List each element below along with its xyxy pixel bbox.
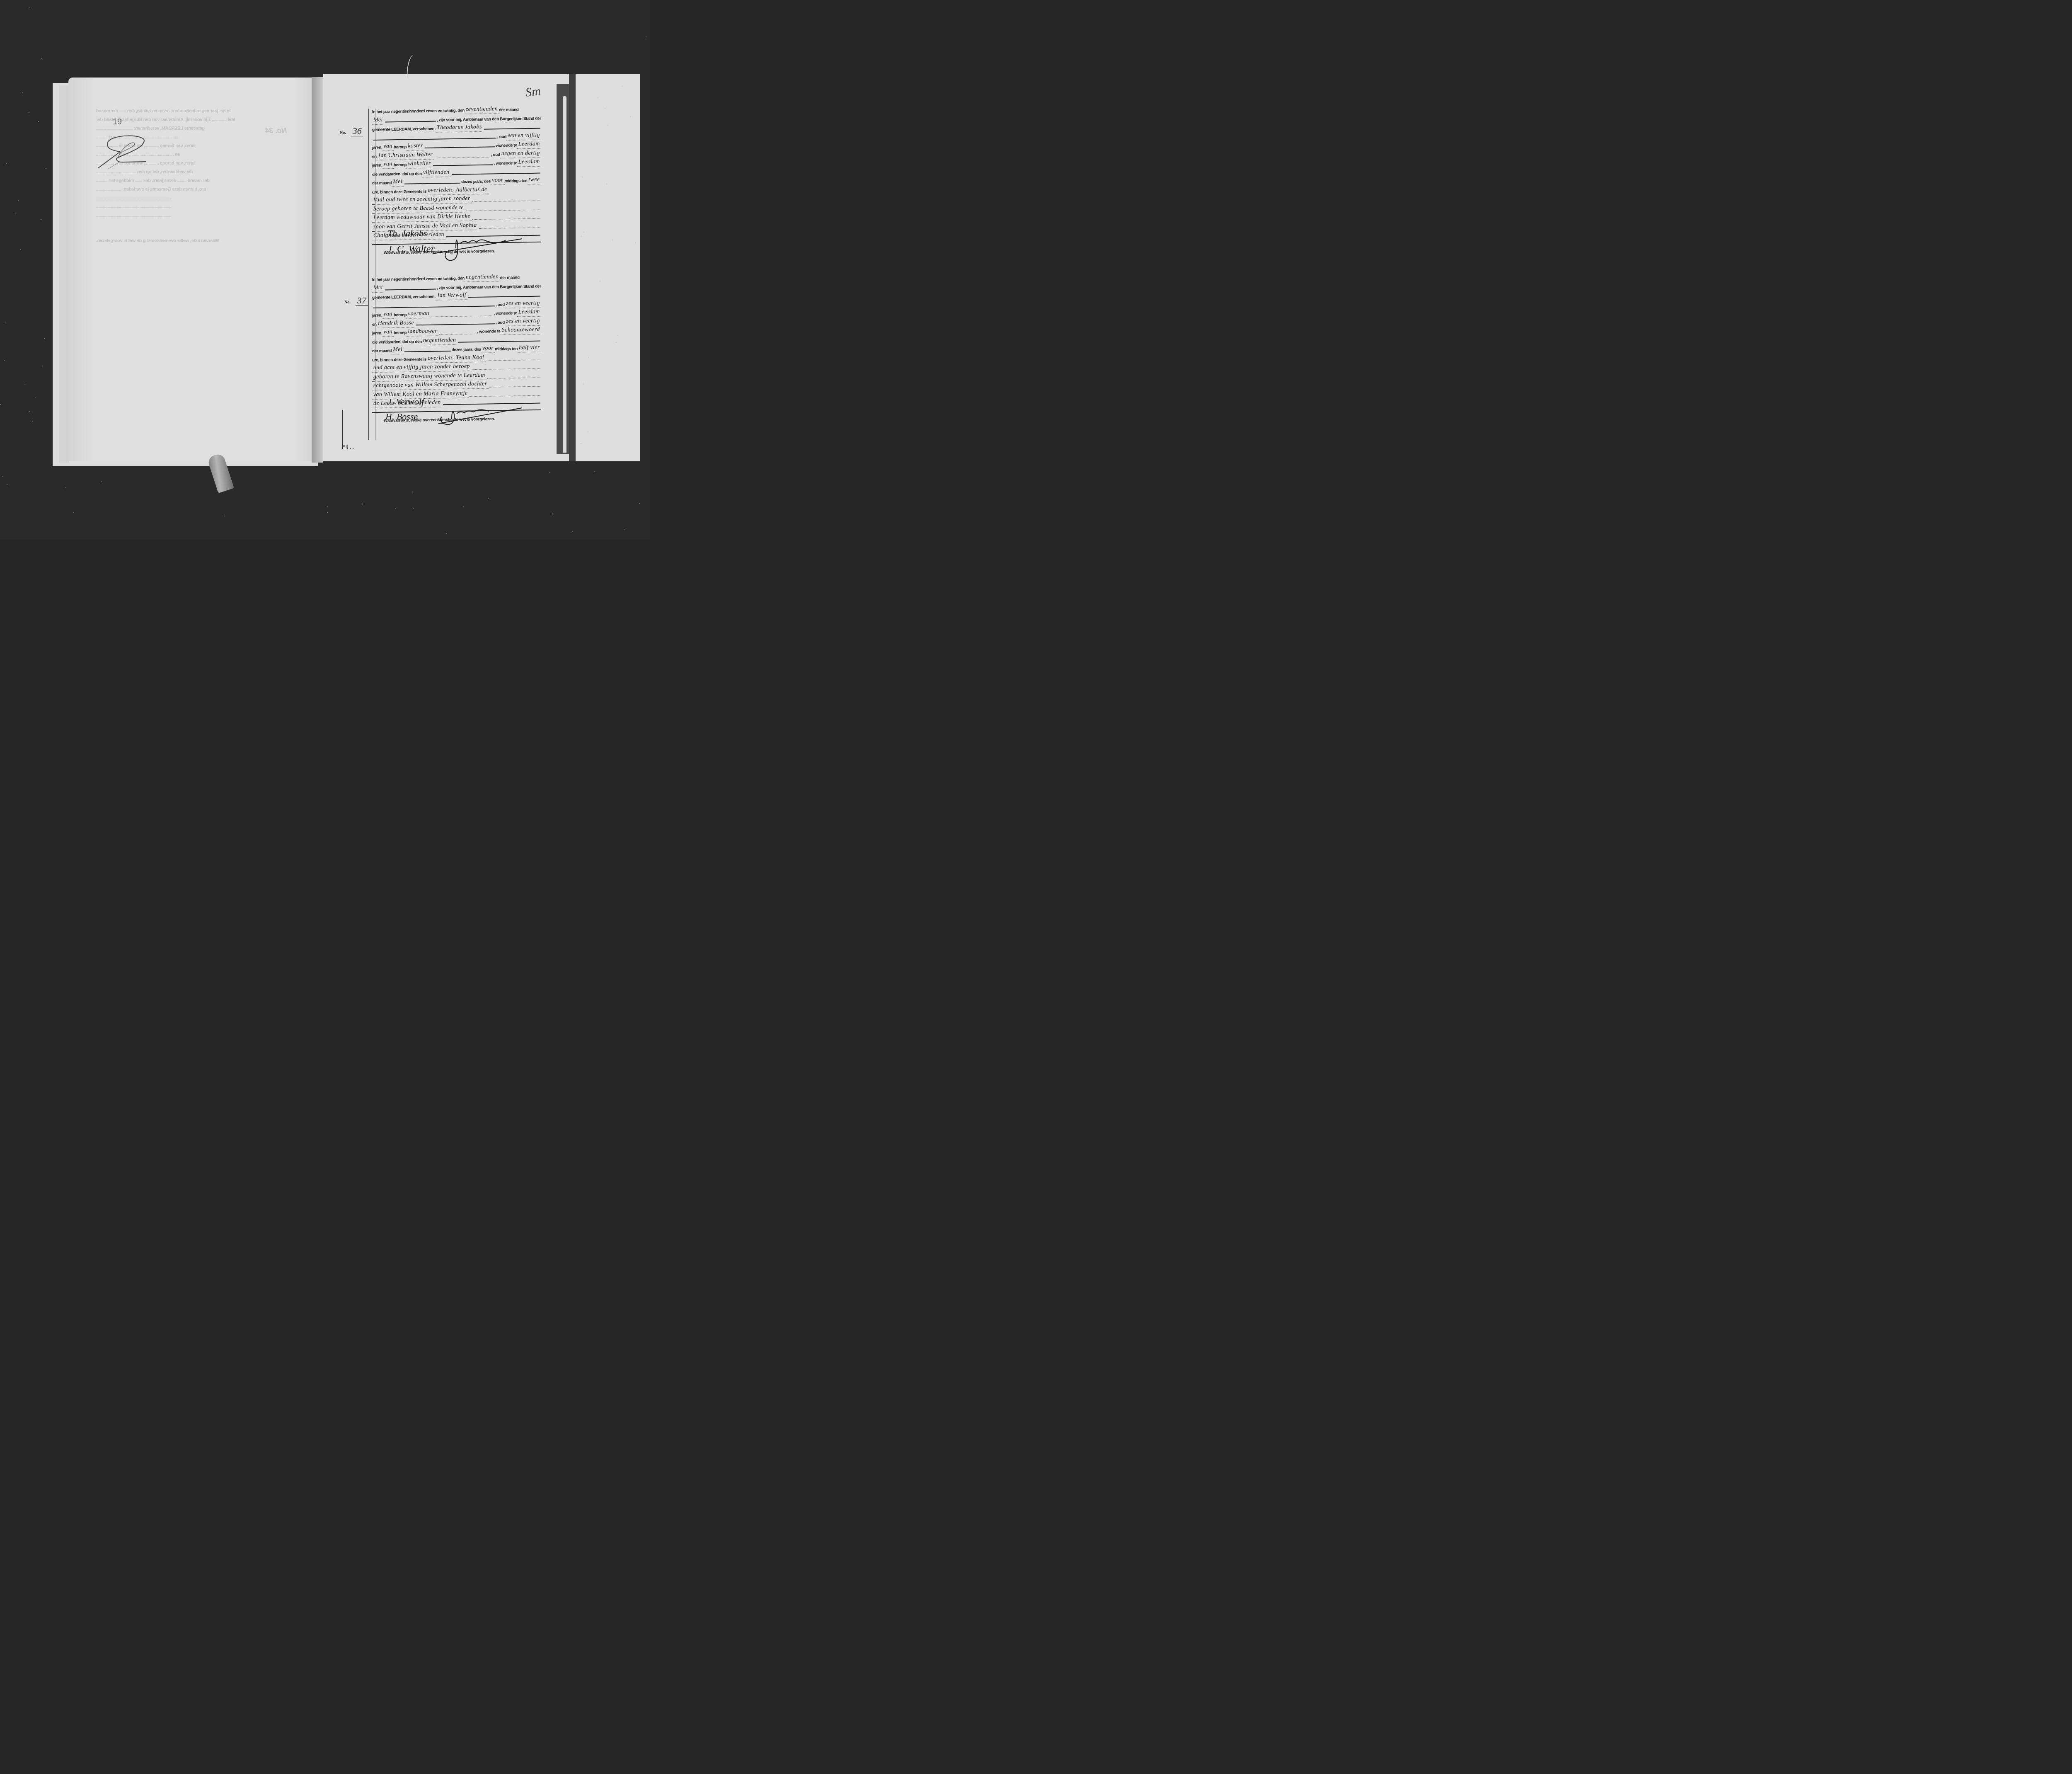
dust-speck xyxy=(65,487,66,488)
printed-text: middags ten xyxy=(495,347,518,353)
handwritten-entry: Leerdam xyxy=(517,141,541,149)
fill-line xyxy=(484,128,540,129)
dust-speck xyxy=(42,366,43,366)
printed-text: , oud xyxy=(496,302,505,308)
dotted-line xyxy=(435,157,490,158)
bleed-through-line: ure, binnen deze Gemeente is overleden: … xyxy=(96,187,206,192)
handwritten-entry: Mei xyxy=(392,178,404,186)
bleed-through-line: der maand ........ dezes jaars, des ....… xyxy=(96,178,210,183)
left-page-shadow xyxy=(68,78,93,461)
printed-text: dezes jaars, des xyxy=(452,347,481,353)
signature-witness-1: J. Verwolf xyxy=(387,396,424,407)
record-number-36: No.36 xyxy=(340,126,363,136)
dust-speck xyxy=(4,360,5,361)
printed-text: jaren, xyxy=(372,163,382,169)
handwritten-entry: Theodorus Jakobs xyxy=(436,124,483,132)
fill-line xyxy=(385,121,436,122)
printed-text: jaren, xyxy=(372,331,382,337)
fill-line xyxy=(443,402,540,405)
right-page-clamp-gap xyxy=(563,96,566,453)
printed-text: wonende te xyxy=(496,143,517,149)
record-number-value: 37 xyxy=(356,295,368,306)
left-page-edge xyxy=(59,85,69,463)
record-number-label: No. xyxy=(340,131,346,135)
fill-line xyxy=(416,323,495,325)
corner-initials: Sm xyxy=(525,84,541,100)
page-number: 19 xyxy=(113,117,122,127)
record-number-value: 36 xyxy=(351,126,363,136)
printed-text: , oud xyxy=(496,320,505,326)
dust-speck xyxy=(412,492,413,492)
handwritten-entry: half vier xyxy=(518,344,541,352)
handwritten-entry: Hendrik Bosse xyxy=(377,319,416,327)
dotted-line xyxy=(472,368,540,370)
handwritten-entry: van xyxy=(382,161,394,169)
signature-witness-1: Th. Jakobs xyxy=(387,228,427,239)
handwritten-entry: Leerdam xyxy=(517,158,541,167)
dust-speck xyxy=(35,397,36,397)
bleed-through-line: ........................................… xyxy=(96,213,172,218)
dust-speck xyxy=(463,507,464,507)
dust-speck xyxy=(29,112,29,113)
margin-rule xyxy=(368,109,369,440)
dust-speck xyxy=(617,335,618,336)
dust-speck xyxy=(635,242,636,243)
printed-text: , wonende te xyxy=(494,161,517,167)
handwritten-entry: vijftienden xyxy=(422,169,451,177)
handwritten-entry: Jan Christiaan Walter xyxy=(377,151,434,160)
handwritten-entry: landbouwer xyxy=(407,328,438,336)
printed-text: der maand xyxy=(372,181,392,187)
handwritten-entry: een en vijftig xyxy=(506,132,541,140)
handwritten-entry: Mei xyxy=(372,116,384,124)
printed-text: dezes jaars, des xyxy=(461,179,491,185)
right-page-film-edge xyxy=(569,74,576,461)
printed-text: beroep xyxy=(394,313,407,318)
dust-speck xyxy=(327,512,328,513)
dust-speck xyxy=(612,240,613,240)
fill-line xyxy=(385,288,436,290)
dust-speck xyxy=(583,232,584,233)
handwritten-entry: twee xyxy=(527,176,541,184)
handwritten-entry: van xyxy=(382,329,394,337)
printed-text: , oud xyxy=(491,152,500,158)
handwritten-entry: Schoonrewoerd xyxy=(501,326,541,335)
printed-text: beroep xyxy=(394,145,407,150)
bleed-through-line: In het jaar negentienhonderd zeven en tw… xyxy=(96,109,231,114)
dust-speck xyxy=(606,184,607,184)
dust-speck xyxy=(362,504,363,504)
printed-text: der maand xyxy=(499,107,519,114)
handwritten-entry: voerman xyxy=(407,310,431,318)
fill-line xyxy=(458,340,540,342)
handwritten-entry: Mei xyxy=(372,284,384,292)
fill-line xyxy=(468,296,540,298)
fill-line xyxy=(425,146,495,148)
fill-line xyxy=(373,305,495,308)
printed-text: en xyxy=(372,322,377,328)
dust-speck xyxy=(616,342,617,343)
printed-text: , oud xyxy=(497,134,506,140)
handwritten-entry: Leerdam xyxy=(517,308,541,317)
printed-text: , wonende te xyxy=(477,329,501,335)
handwritten-entry: zes en veertig xyxy=(505,317,541,326)
dust-speck xyxy=(581,236,582,237)
bleed-through-line: ........................................… xyxy=(96,196,172,201)
handwritten-entry: negentienden xyxy=(465,274,500,282)
record-number-label: No. xyxy=(344,300,351,305)
fill-line xyxy=(404,351,451,352)
fill-line xyxy=(433,164,493,166)
dotted-line xyxy=(431,315,493,317)
dust-speck xyxy=(413,508,414,509)
dust-speck xyxy=(22,92,23,93)
dust-speck xyxy=(605,108,605,109)
dotted-line xyxy=(487,377,540,378)
dust-speck xyxy=(41,219,41,220)
printed-text: , wonende te xyxy=(494,311,517,317)
margin-rule-lower xyxy=(342,410,343,446)
dust-speck xyxy=(581,443,581,444)
printed-text: en xyxy=(372,154,377,160)
bleed-through-record-number: No. 34 xyxy=(265,126,287,135)
dotted-line xyxy=(472,218,540,220)
handwritten-entry: negentienden xyxy=(422,337,457,345)
dotted-line xyxy=(489,386,540,387)
dust-speck xyxy=(7,484,7,485)
registrar-signature-icon xyxy=(435,406,526,427)
dust-speck xyxy=(646,36,646,37)
handwritten-entry: van xyxy=(382,311,394,319)
handwritten-entry: overleden: Teuna Kool xyxy=(426,354,485,363)
handwritten-entry: van xyxy=(382,143,394,151)
printed-text: beroep xyxy=(394,162,407,168)
bottom-margin-mark: Ft.. xyxy=(341,443,355,450)
handwritten-entry: zes en veertig xyxy=(505,300,541,308)
handwritten-entry: voor xyxy=(481,345,495,353)
bleed-through-line: Waarvan akte, welke overeenkomstig de we… xyxy=(96,238,219,243)
signature-witness-2: H. Bosse xyxy=(385,411,418,422)
dust-speck xyxy=(6,163,7,164)
record-number-37: No.37 xyxy=(344,295,368,306)
dust-speck xyxy=(588,431,588,432)
printed-text: jaren, xyxy=(372,313,382,319)
handwritten-entry: koster xyxy=(407,143,424,151)
printed-text: der maand xyxy=(500,275,520,281)
dotted-line xyxy=(486,359,540,361)
dust-speck xyxy=(18,200,19,201)
left-page-signature-icon xyxy=(95,132,149,171)
fill-line xyxy=(404,182,460,184)
printed-text: beroep xyxy=(394,330,407,336)
handwritten-entry: Mei xyxy=(392,346,404,354)
handwritten-entry: overleden: Aalbertus de xyxy=(426,186,489,195)
book-gutter xyxy=(312,77,323,463)
handwritten-entry: winkelier xyxy=(407,160,432,168)
dotted-line xyxy=(439,334,476,334)
dust-speck xyxy=(488,498,489,499)
dotted-line xyxy=(466,209,540,211)
handwritten-entry: voor xyxy=(491,177,505,185)
fill-line xyxy=(451,172,540,174)
printed-text: der maand xyxy=(372,349,392,355)
handwritten-entry: negen en dertig xyxy=(500,150,541,158)
registrar-signature-icon xyxy=(431,235,539,264)
dust-speck xyxy=(20,249,21,250)
handwritten-entry: Jan Verwolf xyxy=(436,292,467,300)
dotted-line xyxy=(472,200,540,202)
signature-witness-2: J. C. Walter xyxy=(387,244,435,255)
printed-text: jaren, xyxy=(372,145,382,151)
dotted-line xyxy=(479,227,540,228)
dust-speck xyxy=(598,97,598,98)
dotted-line xyxy=(470,395,540,397)
dust-speck xyxy=(101,481,102,482)
printed-text: middags ten xyxy=(504,179,527,185)
fill-line xyxy=(373,137,496,140)
handwritten-entry: zeventienden xyxy=(465,106,499,114)
bleed-through-line: ........................................… xyxy=(96,204,172,209)
dust-speck xyxy=(15,213,16,213)
dust-speck xyxy=(582,177,583,177)
